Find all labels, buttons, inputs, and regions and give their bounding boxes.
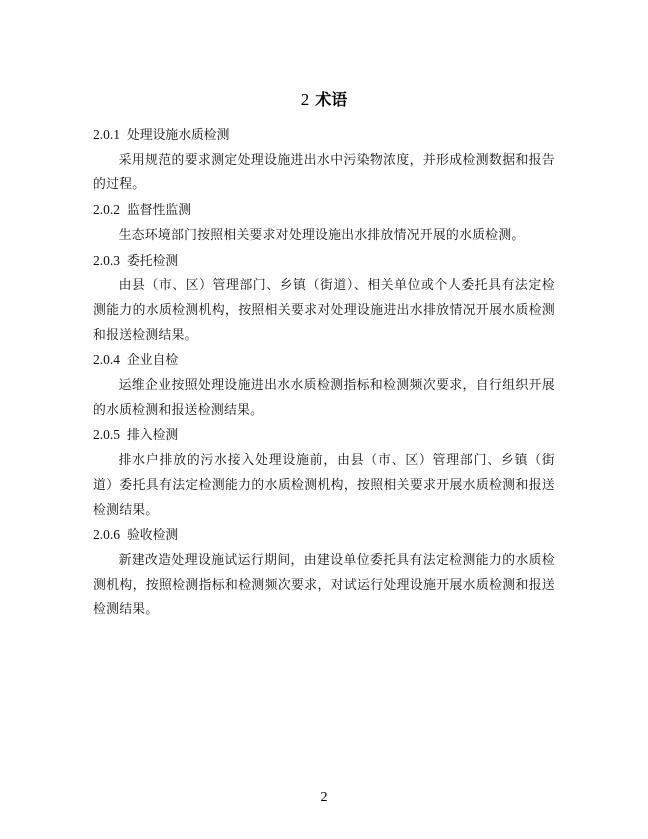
term-definition: 排水户排放的污水接入处理设施前，由县（市、区）管理部门、乡镇（街道）委托具有法定… [93, 449, 555, 523]
term-2-0-6: 2.0.6验收检测 新建改造处理设施试运行期间，由建设单位委托具有法定检测能力的… [93, 523, 555, 623]
term-number: 2.0.6 [93, 527, 120, 542]
chapter-name: 术语 [315, 90, 347, 109]
term-definition: 运维企业按照处理设施进出水水质检测指标和检测频次要求，自行组织开展的水质检测和报… [93, 374, 555, 423]
term-name: 排入检测 [127, 428, 178, 443]
term-heading: 2.0.1处理设施水质检测 [93, 123, 555, 149]
term-number: 2.0.2 [93, 202, 120, 217]
term-definition: 新建改造处理设施试运行期间，由建设单位委托具有法定检测能力的水质检测机构，按照检… [93, 549, 555, 623]
term-2-0-1: 2.0.1处理设施水质检测 采用规范的要求测定处理设施进出水中污染物浓度，并形成… [93, 123, 555, 198]
terms-list: 2.0.1处理设施水质检测 采用规范的要求测定处理设施进出水中污染物浓度，并形成… [93, 123, 555, 623]
term-heading: 2.0.2监督性监测 [93, 198, 555, 224]
term-name: 验收检测 [127, 528, 178, 543]
term-number: 2.0.1 [93, 127, 120, 142]
term-heading: 2.0.6验收检测 [93, 523, 555, 549]
term-number: 2.0.3 [93, 253, 120, 268]
page-number: 2 [0, 790, 648, 806]
chapter-number: 2 [301, 90, 310, 109]
chapter-title: 2术语 [0, 88, 648, 112]
term-name: 处理设施水质检测 [127, 128, 229, 143]
document-page: 2术语 2.0.1处理设施水质检测 采用规范的要求测定处理设施进出水中污染物浓度… [0, 0, 648, 839]
term-2-0-5: 2.0.5排入检测 排水户排放的污水接入处理设施前，由县（市、区）管理部门、乡镇… [93, 423, 555, 523]
term-number: 2.0.5 [93, 427, 120, 442]
term-name: 企业自检 [127, 353, 178, 368]
term-2-0-3: 2.0.3委托检测 由县（市、区）管理部门、乡镇（街道）、相关单位或个人委托具有… [93, 249, 555, 349]
term-name: 监督性监测 [127, 203, 191, 218]
term-definition: 生态环境部门按照相关要求对处理设施出水排放情况开展的水质检测。 [93, 224, 555, 249]
term-2-0-4: 2.0.4企业自检 运维企业按照处理设施进出水水质检测指标和检测频次要求，自行组… [93, 348, 555, 423]
term-definition: 由县（市、区）管理部门、乡镇（街道）、相关单位或个人委托具有法定检测能力的水质检… [93, 274, 555, 348]
term-definition: 采用规范的要求测定处理设施进出水中污染物浓度，并形成检测数据和报告的过程。 [93, 149, 555, 198]
term-heading: 2.0.3委托检测 [93, 249, 555, 275]
term-heading: 2.0.4企业自检 [93, 348, 555, 374]
term-name: 委托检测 [127, 254, 178, 269]
term-heading: 2.0.5排入检测 [93, 423, 555, 449]
term-2-0-2: 2.0.2监督性监测 生态环境部门按照相关要求对处理设施出水排放情况开展的水质检… [93, 198, 555, 248]
term-number: 2.0.4 [93, 352, 120, 367]
